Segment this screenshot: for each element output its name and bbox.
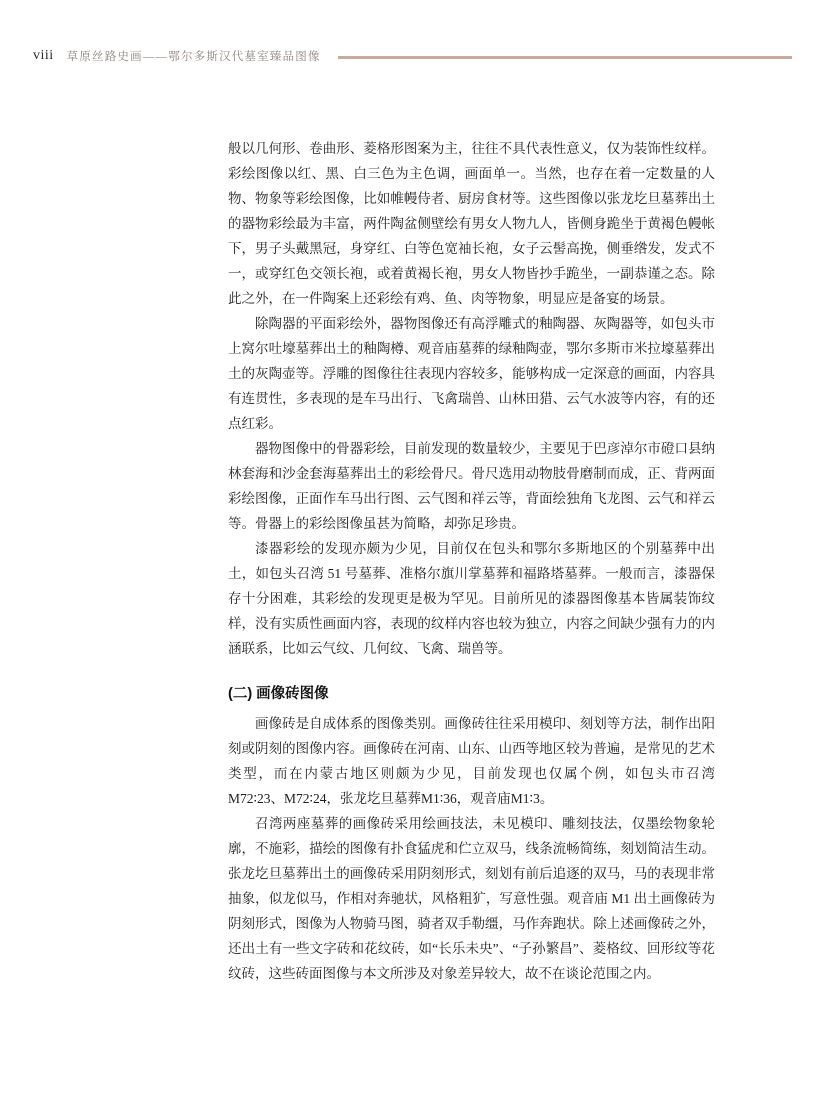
paragraph: 画像砖是自成体系的图像类别。画像砖往往采用模印、刻划等方法，制作出阳刻或阴刻的图… xyxy=(228,711,715,811)
paragraph: 器物图像中的骨器彩绘，目前发现的数量较少，主要见于巴彦淖尔市磴口县纳林套海和沙金… xyxy=(228,436,715,536)
book-page: viii 草原丝路史画——鄂尔多斯汉代墓室臻品图像 般以几何形、卷曲形、菱格形图… xyxy=(0,0,816,1099)
paragraph-continuation: 般以几何形、卷曲形、菱格形图案为主，往往不具代表性意义，仅为装饰性纹样。彩绘图像… xyxy=(228,136,715,311)
section-heading: (二) 画像砖图像 xyxy=(228,682,715,707)
header-rule xyxy=(338,56,792,59)
paragraph: 除陶器的平面彩绘外，器物图像还有高浮雕式的釉陶器、灰陶器等，如包头市上窝尔吐壕墓… xyxy=(228,311,715,436)
text-block: 般以几何形、卷曲形、菱格形图案为主，往往不具代表性意义，仅为装饰性纹样。彩绘图像… xyxy=(228,136,715,986)
paragraph: 漆器彩绘的发现亦颇为少见，目前仅在包头和鄂尔多斯地区的个别墓葬中出土，如包头召湾… xyxy=(228,536,715,661)
paragraph: 召湾两座墓葬的画像砖采用绘画技法，未见模印、雕刻技法，仅墨绘物象轮廓，不施彩，描… xyxy=(228,811,715,986)
page-header: viii 草原丝路史画——鄂尔多斯汉代墓室臻品图像 xyxy=(33,46,792,66)
running-title: 草原丝路史画——鄂尔多斯汉代墓室臻品图像 xyxy=(67,48,321,64)
page-number: viii xyxy=(33,48,54,64)
